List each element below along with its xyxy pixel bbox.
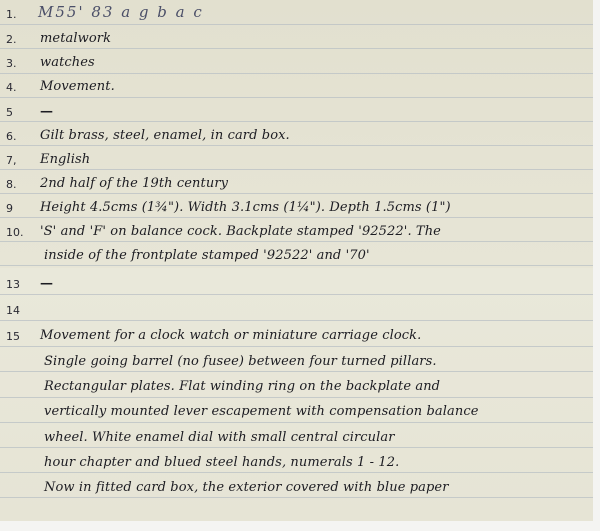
ruled-line	[0, 422, 593, 423]
ruled-line	[0, 97, 593, 98]
ruled-line	[0, 265, 593, 266]
entry-13: 13 —	[0, 271, 593, 293]
entry-9-dimensions: 9 Height 4.5cms (1¾"). Width 3.1cms (1¼"…	[0, 195, 593, 217]
entry-text: metalwork	[40, 31, 111, 46]
entry-1-object-number: 1. M55' 83 a g b a c	[0, 1, 593, 23]
entry-text: inside of the frontplate stamped '92522'…	[44, 248, 370, 263]
ruled-line	[0, 121, 593, 122]
entry-number: 4.	[6, 81, 17, 94]
entry-number: 5	[6, 106, 13, 119]
entry-text: Movement.	[40, 79, 115, 94]
entry-14: 14	[0, 297, 593, 319]
entry-text: vertically mounted lever escapement with…	[44, 404, 479, 419]
entry-15-description-line-3: Rectangular plates. Flat winding ring on…	[0, 374, 593, 396]
entry-number: 7,	[6, 154, 17, 167]
entry-10-marks-continued: inside of the frontplate stamped '92522'…	[0, 243, 593, 265]
ruled-line	[0, 346, 593, 347]
entry-5: 5 —	[0, 99, 593, 121]
entry-2-category: 2. metalwork	[0, 26, 593, 48]
ruled-line	[0, 320, 593, 321]
entry-6-materials: 6. Gilt brass, steel, enamel, in card bo…	[0, 123, 593, 145]
ruled-line	[0, 217, 593, 218]
entry-number: 10.	[6, 226, 24, 239]
ruled-line	[0, 472, 593, 473]
entry-text: Now in fitted card box, the exterior cov…	[44, 480, 449, 495]
entry-text: hour chapter and blued steel hands, nume…	[44, 455, 399, 470]
entry-text: wheel. White enamel dial with small cent…	[44, 430, 395, 445]
entry-number: 14	[6, 304, 20, 317]
entry-number: 13	[6, 278, 20, 291]
entry-text: 2nd half of the 19th century	[40, 176, 228, 191]
entry-number: 8.	[6, 178, 17, 191]
entry-number: 1.	[6, 8, 17, 21]
record-sheet: 1. M55' 83 a g b a c 2. metalwork 3. wat…	[0, 0, 593, 521]
ruled-line	[0, 497, 593, 498]
ruled-line	[0, 145, 593, 146]
entry-3-type: 3. watches	[0, 50, 593, 72]
entry-text: Single going barrel (no fusee) between f…	[44, 354, 437, 369]
entry-text: —	[40, 276, 53, 291]
entry-text: Rectangular plates. Flat winding ring on…	[44, 379, 440, 394]
ruled-line	[0, 447, 593, 448]
entry-8-date: 8. 2nd half of the 19th century	[0, 171, 593, 193]
entry-text: —	[40, 104, 53, 119]
entry-text: Movement for a clock watch or miniature …	[40, 328, 421, 343]
ruled-line	[0, 294, 593, 295]
entry-text: M55' 83 a g b a c	[38, 3, 204, 21]
entry-number: 15	[6, 330, 20, 343]
entry-15-description: 15 Movement for a clock watch or miniatu…	[0, 323, 593, 345]
entry-text: watches	[40, 55, 95, 70]
entry-15-description-line-4: vertically mounted lever escapement with…	[0, 399, 593, 421]
ruled-line	[0, 169, 593, 170]
ruled-line	[0, 48, 593, 49]
entry-10-marks: 10. 'S' and 'F' on balance cock. Backpla…	[0, 219, 593, 241]
entry-text: English	[40, 152, 90, 167]
entry-15-description-line-7: Now in fitted card box, the exterior cov…	[0, 475, 593, 497]
entry-15-description-line-6: hour chapter and blued steel hands, nume…	[0, 450, 593, 472]
ruled-line	[0, 371, 593, 372]
ruled-line	[0, 241, 593, 242]
entry-4-object-name: 4. Movement.	[0, 74, 593, 96]
ruled-line	[0, 193, 593, 194]
entry-7-origin: 7, English	[0, 147, 593, 169]
entry-number: 9	[6, 202, 13, 215]
entry-text: Height 4.5cms (1¾"). Width 3.1cms (1¼").…	[40, 200, 451, 215]
entry-number: 2.	[6, 33, 17, 46]
entry-number: 3.	[6, 57, 17, 70]
entry-text: 'S' and 'F' on balance cock. Backplate s…	[40, 224, 441, 239]
entry-number: 6.	[6, 130, 17, 143]
entry-15-description-line-5: wheel. White enamel dial with small cent…	[0, 425, 593, 447]
entry-text: Gilt brass, steel, enamel, in card box.	[40, 128, 290, 143]
entry-15-description-line-2: Single going barrel (no fusee) between f…	[0, 349, 593, 371]
ruled-line	[0, 397, 593, 398]
ruled-line	[0, 24, 593, 25]
